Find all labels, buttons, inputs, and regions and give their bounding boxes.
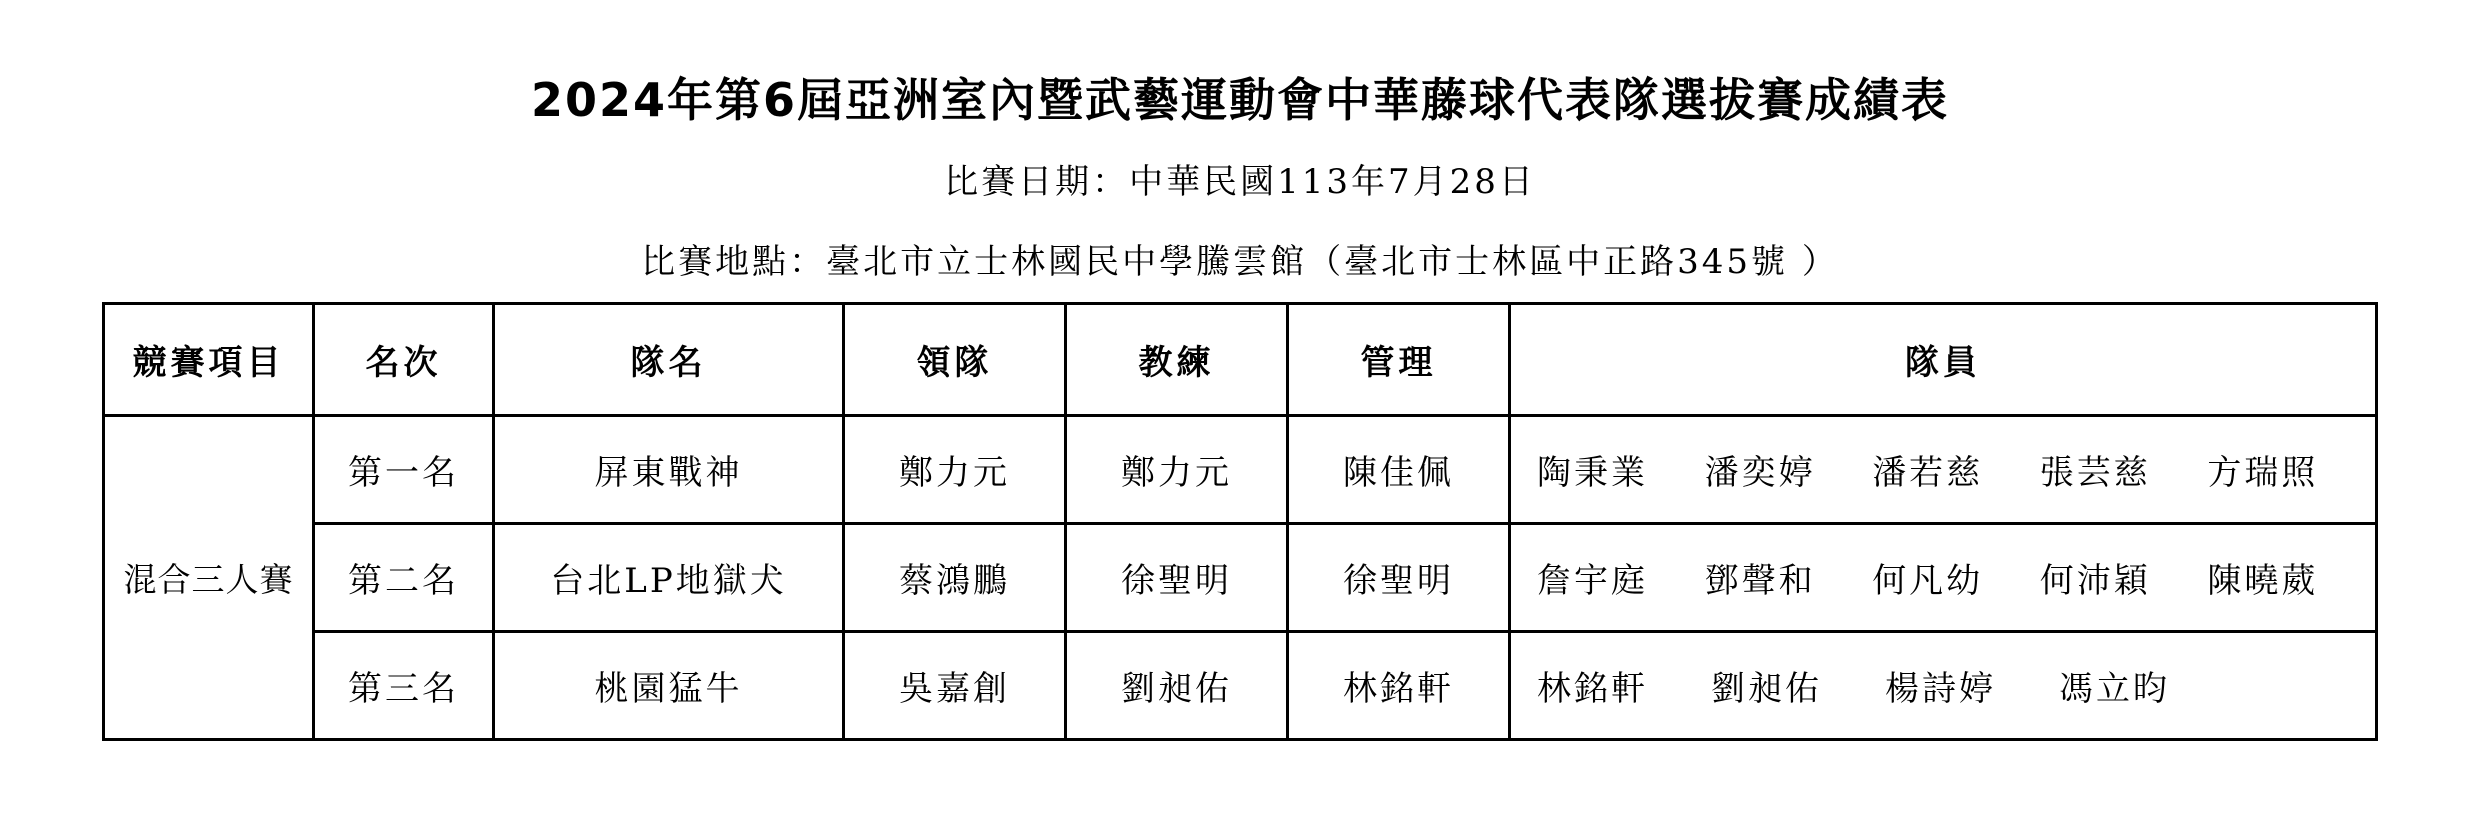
rank-cell: 第二名 (314, 524, 494, 632)
competition-date: 比賽日期：中華民國113年7月28日 (0, 160, 2480, 204)
manager-cell: 徐聖明 (1288, 524, 1510, 632)
header-team: 隊名 (494, 304, 844, 416)
member-name: 林銘軒 (1537, 661, 1711, 710)
rank-cell: 第一名 (314, 416, 494, 524)
header-manager: 管理 (1288, 304, 1510, 416)
results-table: 競賽項目 名次 隊名 領隊 教練 管理 隊員 混合三人賽 第一名 屏東戰神 鄭力… (102, 302, 2378, 741)
leader-cell: 吳嘉創 (844, 632, 1066, 740)
coach-cell: 劉昶佑 (1066, 632, 1288, 740)
team-cell: 桃園猛牛 (494, 632, 844, 740)
members-list: 詹宇庭 鄧聲和 何凡幼 何沛穎 陳曉葳 (1511, 553, 2375, 602)
table-row: 混合三人賽 第一名 屏東戰神 鄭力元 鄭力元 陳佳佩 陶秉業 潘奕婷 潘若慈 張… (104, 416, 2377, 524)
table-row: 第三名 桃園猛牛 吳嘉創 劉昶佑 林銘軒 林銘軒 劉昶佑 楊詩婷 馮立昀 (104, 632, 2377, 740)
header-event: 競賽項目 (104, 304, 314, 416)
member-name: 劉昶佑 (1711, 661, 1885, 710)
member-name: 陶秉業 (1537, 445, 1705, 494)
header-rank: 名次 (314, 304, 494, 416)
member-name: 潘奕婷 (1705, 445, 1873, 494)
member-name: 詹宇庭 (1537, 553, 1705, 602)
table-row: 第二名 台北LP地獄犬 蔡鴻鵬 徐聖明 徐聖明 詹宇庭 鄧聲和 何凡幼 何沛穎 … (104, 524, 2377, 632)
manager-cell: 林銘軒 (1288, 632, 1510, 740)
members-cell: 林銘軒 劉昶佑 楊詩婷 馮立昀 (1510, 632, 2377, 740)
member-name: 何沛穎 (2040, 553, 2208, 602)
member-name: 鄧聲和 (1705, 553, 1873, 602)
member-name: 張芸慈 (2040, 445, 2208, 494)
rank-cell: 第三名 (314, 632, 494, 740)
header-coach: 教練 (1066, 304, 1288, 416)
members-list: 林銘軒 劉昶佑 楊詩婷 馮立昀 (1511, 661, 2375, 710)
manager-cell: 陳佳佩 (1288, 416, 1510, 524)
leader-cell: 蔡鴻鵬 (844, 524, 1066, 632)
member-name: 馮立昀 (2059, 661, 2233, 710)
member-name: 陳曉葳 (2207, 553, 2375, 602)
members-list: 陶秉業 潘奕婷 潘若慈 張芸慈 方瑞照 (1511, 445, 2375, 494)
coach-cell: 鄭力元 (1066, 416, 1288, 524)
member-name: 潘若慈 (1872, 445, 2040, 494)
members-cell: 陶秉業 潘奕婷 潘若慈 張芸慈 方瑞照 (1510, 416, 2377, 524)
event-cell: 混合三人賽 (104, 416, 314, 740)
team-cell: 台北LP地獄犬 (494, 524, 844, 632)
table-header-row: 競賽項目 名次 隊名 領隊 教練 管理 隊員 (104, 304, 2377, 416)
leader-cell: 鄭力元 (844, 416, 1066, 524)
header-leader: 領隊 (844, 304, 1066, 416)
member-name: 楊詩婷 (1885, 661, 2059, 710)
coach-cell: 徐聖明 (1066, 524, 1288, 632)
members-cell: 詹宇庭 鄧聲和 何凡幼 何沛穎 陳曉葳 (1510, 524, 2377, 632)
header-members: 隊員 (1510, 304, 2377, 416)
competition-venue: 比賽地點：臺北市立士林國民中學騰雲館（臺北市士林區中正路345號 ） (0, 240, 2480, 284)
document-title: 2024年第6屆亞洲室內暨武藝運動會中華藤球代表隊選拔賽成績表 (0, 72, 2480, 128)
member-name: 何凡幼 (1872, 553, 2040, 602)
member-name: 方瑞照 (2207, 445, 2375, 494)
team-cell: 屏東戰神 (494, 416, 844, 524)
